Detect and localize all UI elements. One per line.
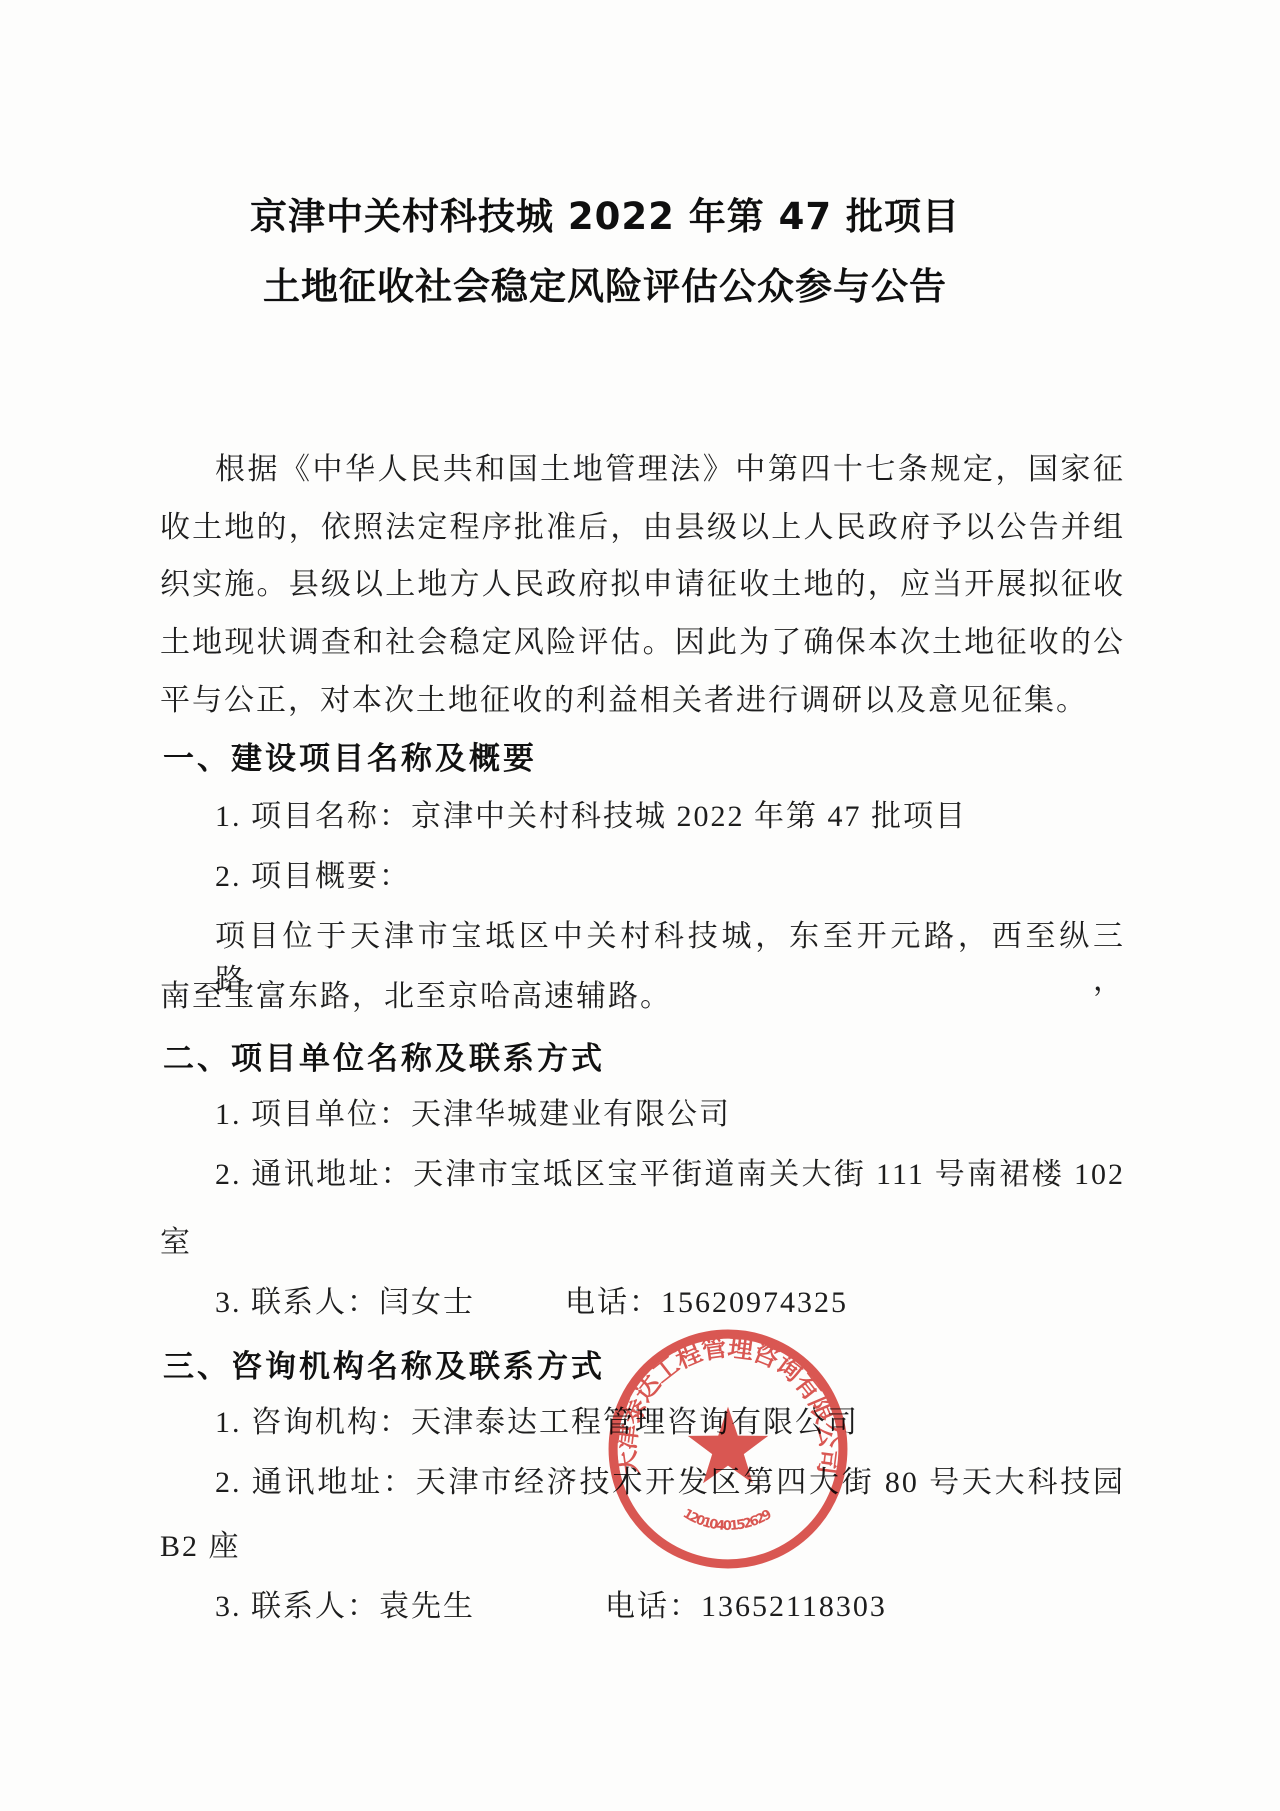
document-title-line-2: 土地征收社会稳定风险评估公众参与公告 [100, 256, 1110, 310]
company-seal: 天津泰达工程管理咨询有限公司 1201040152629 [602, 1323, 854, 1575]
section-2-heading: 二、项目单位名称及联系方式 [163, 1033, 605, 1078]
section-3-heading: 三、咨询机构名称及联系方式 [163, 1341, 605, 1386]
section-2-unit-name: 1. 项目单位：天津华城建业有限公司 [215, 1093, 731, 1137]
intro-paragraph-line-5: 平与公正，对本次土地征收的利益相关者进行调研以及意见征集。 [160, 679, 1088, 723]
document-title-line-1: 京津中关村科技城 2022 年第 47 批项目 [100, 186, 1110, 240]
section-3-contact-phone: 电话：13652118303 [605, 1585, 887, 1629]
intro-paragraph-line-1: 根据《中华人民共和国土地管理法》中第四十七条规定，国家征 [215, 448, 1125, 492]
section-2-contact-phone: 电话：15620974325 [565, 1281, 848, 1325]
intro-paragraph-line-3: 织实施。县级以上地方人民政府拟申请征收土地的，应当开展拟征收 [160, 563, 1125, 607]
section-3-contact-line: 3. 联系人：袁先生 电话：13652118303 [215, 1585, 475, 1629]
section-1-heading: 一、建设项目名称及概要 [163, 733, 537, 778]
section-1-summary-line-2: 南至宝富东路，北至京哈高速辅路。 [160, 975, 672, 1019]
seal-star-icon [688, 1407, 768, 1484]
seal-number-textpath: 1201040152629 [680, 1506, 776, 1534]
document-page: 京津中关村科技城 2022 年第 47 批项目 土地征收社会稳定风险评估公众参与… [0, 0, 1280, 1811]
intro-paragraph-line-2: 收土地的，依照法定程序批准后，由县级以上人民政府予以公告并组 [160, 506, 1125, 550]
section-2-address-line-1: 2. 通讯地址：天津市宝坻区宝平街道南关大街 111 号南裙楼 102 [215, 1153, 1125, 1197]
section-2-contact-person: 3. 联系人：闫女士 [215, 1286, 475, 1319]
intro-paragraph-line-4: 土地现状调查和社会稳定风险评估。因此为了确保本次土地征收的公 [160, 621, 1125, 665]
section-3-contact-person: 3. 联系人：袁先生 [215, 1590, 475, 1623]
section-1-project-name: 1. 项目名称：京津中关村科技城 2022 年第 47 批项目 [215, 795, 967, 839]
seal-number-text: 1201040152629 [680, 1506, 776, 1534]
section-3-address-line-2: B2 座 [160, 1525, 241, 1569]
section-2-address-line-2: 室 [160, 1221, 192, 1265]
section-1-project-summary-label: 2. 项目概要： [215, 855, 411, 899]
section-2-contact-line: 3. 联系人：闫女士 电话：15620974325 [215, 1281, 475, 1325]
